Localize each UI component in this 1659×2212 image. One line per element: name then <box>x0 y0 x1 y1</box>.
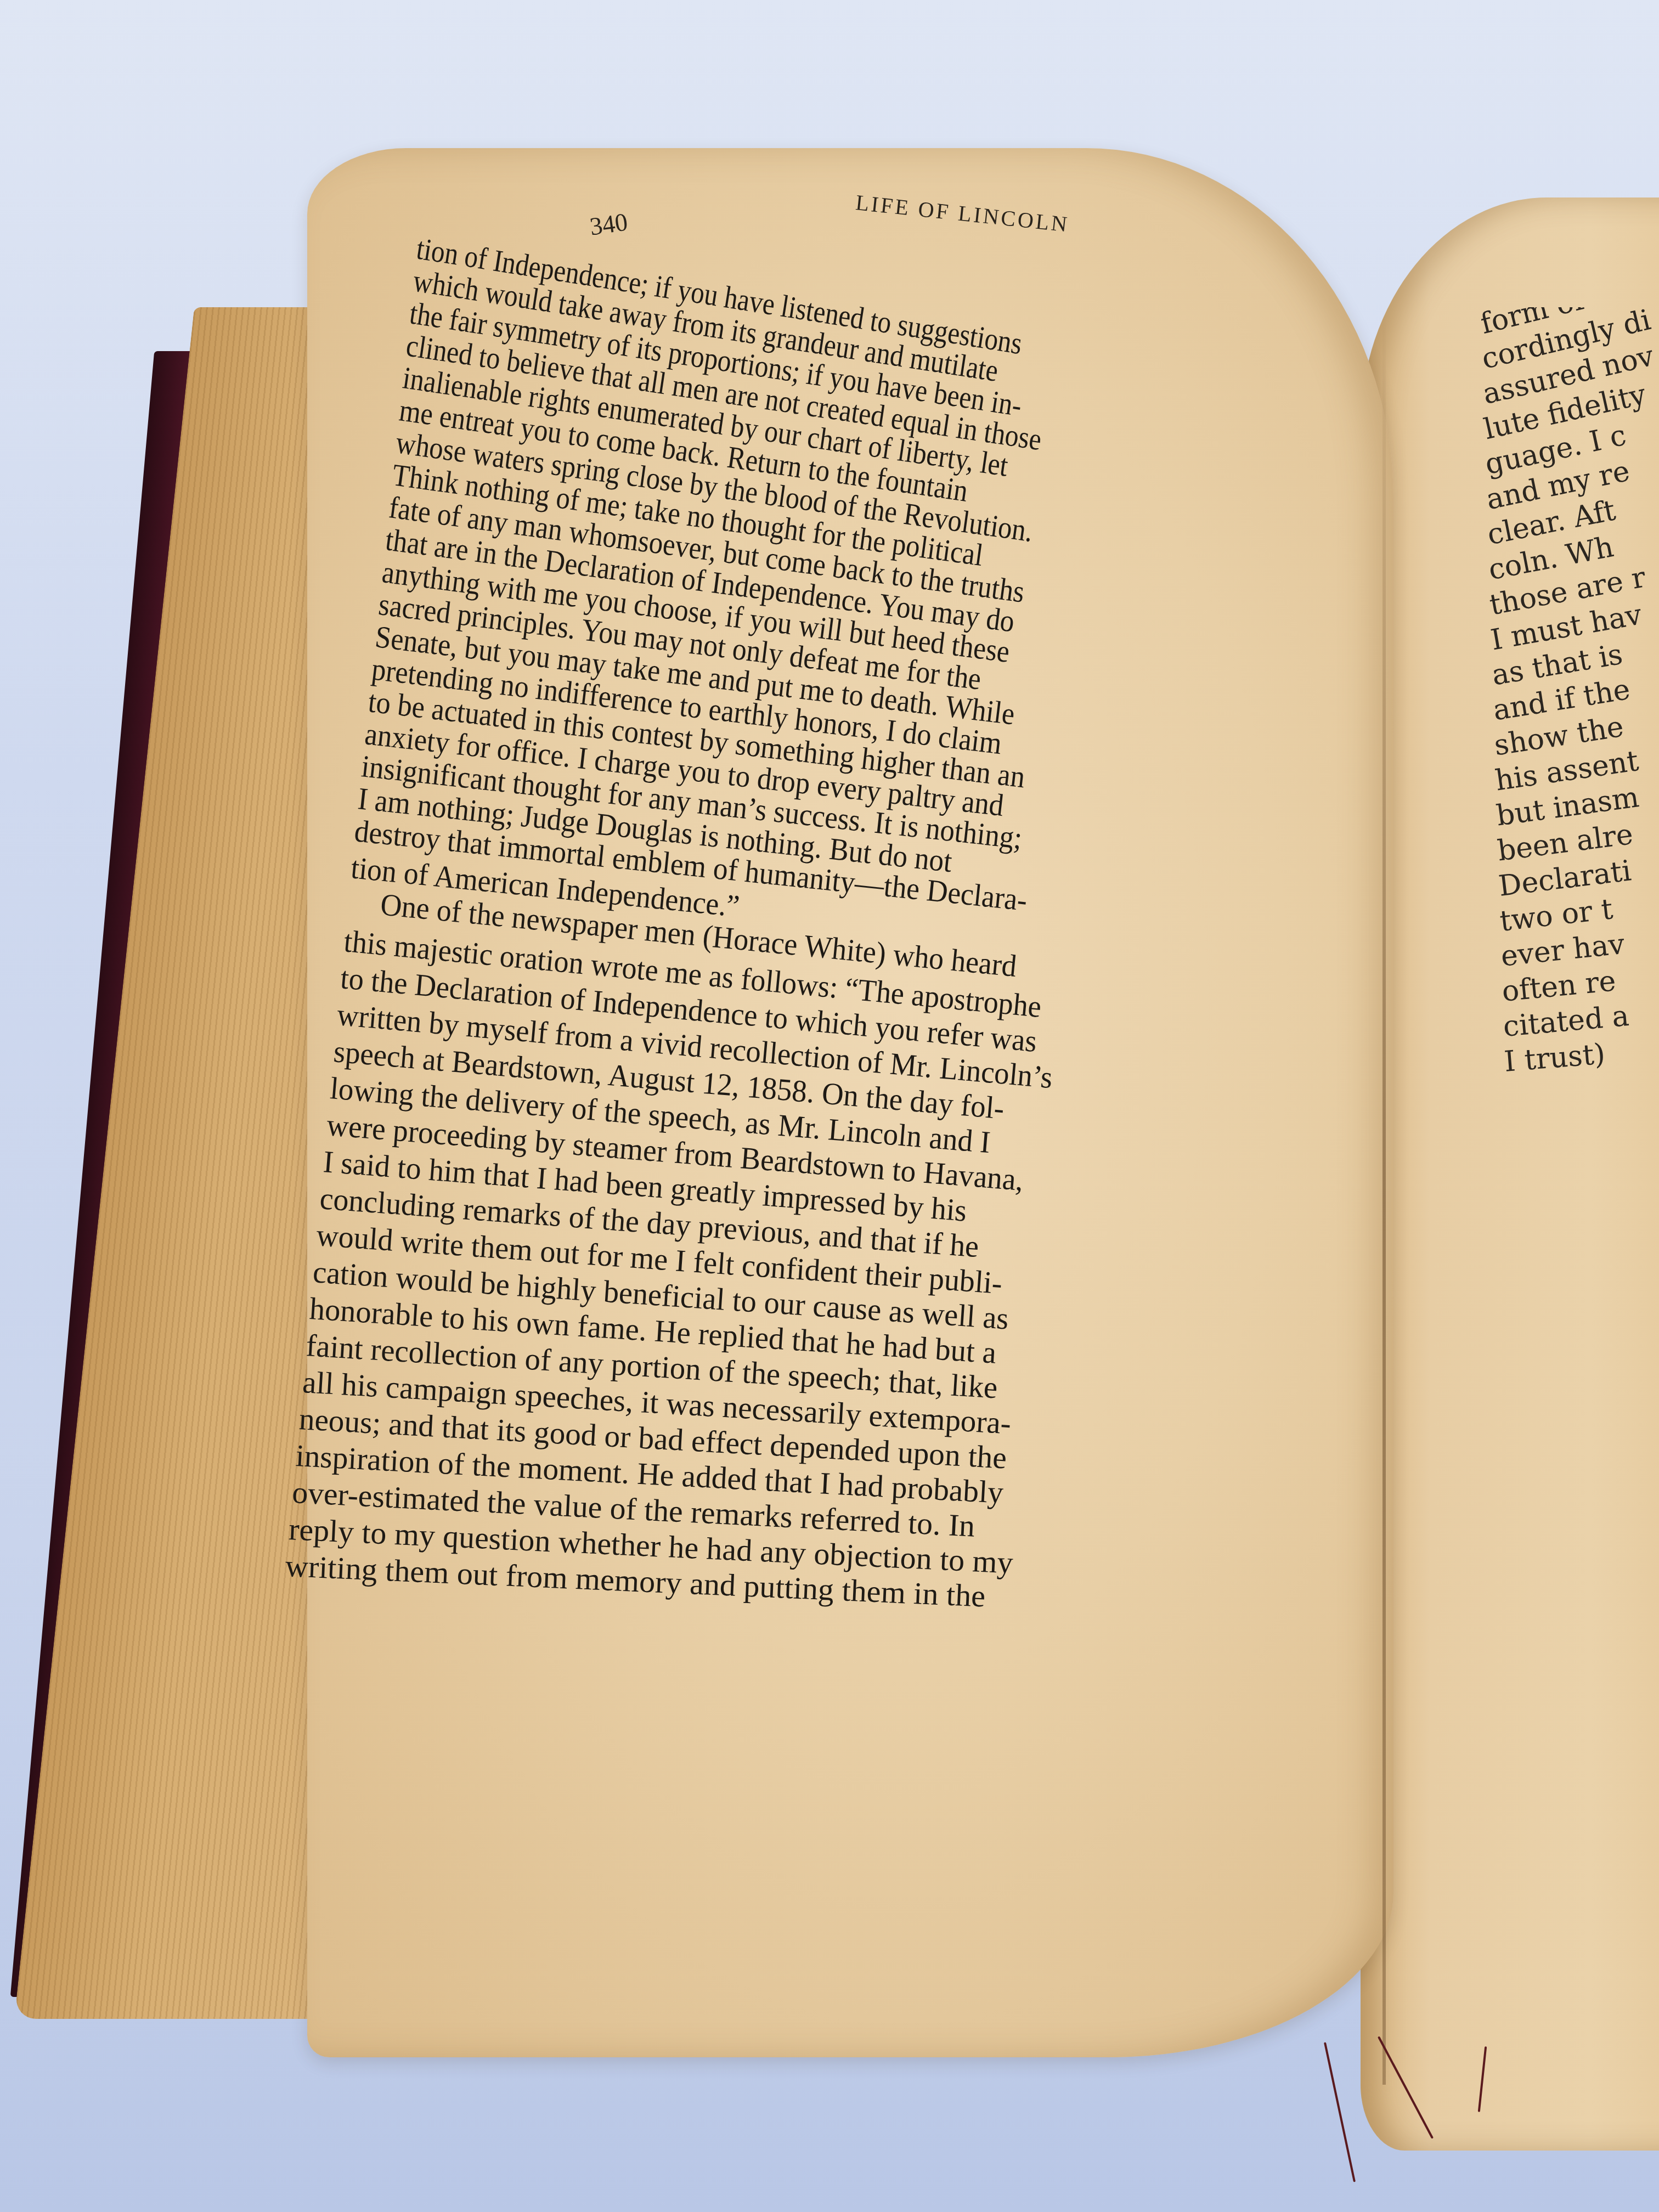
bookmark-thread <box>1324 2042 1356 2182</box>
photo-scene: 340 LIFE OF LINCOLN tion of Independence… <box>0 0 1659 2212</box>
book-gutter <box>1383 307 1386 2085</box>
left-page-body-text: tion of Independence; if you have listen… <box>417 230 1322 1584</box>
right-page-body-text: form of a wcordingly diassured novlute f… <box>1481 307 1659 1080</box>
